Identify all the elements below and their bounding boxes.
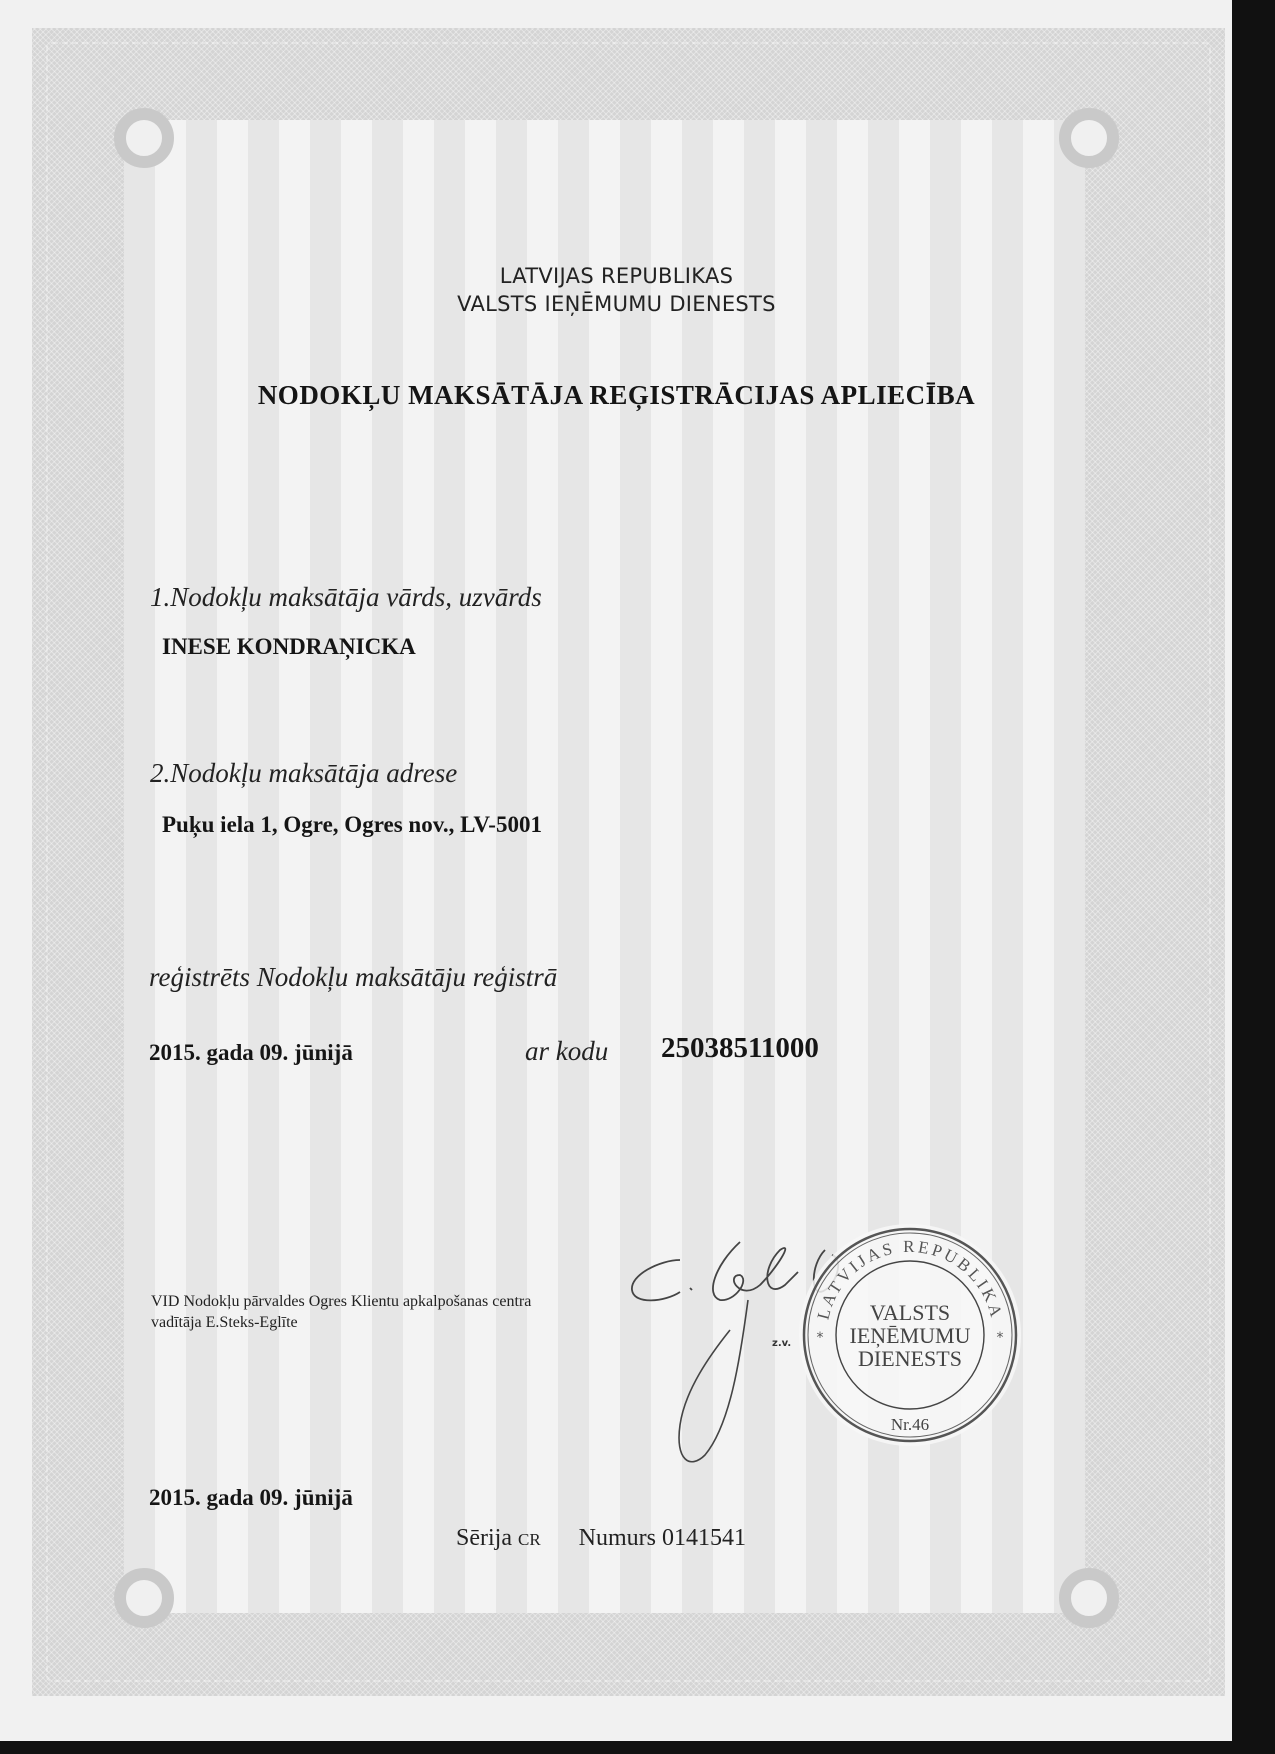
taxpayer-address-value: Puķu iela 1, Ogre, Ogres nov., LV-5001 bbox=[162, 812, 542, 838]
signatory-position: VID Nodokļu pārvaldes Ogres Klientu apka… bbox=[151, 1291, 531, 1312]
stamp-number: Nr.46 bbox=[891, 1415, 929, 1434]
series-value: CR bbox=[518, 1530, 541, 1549]
stamp-star-left: * bbox=[817, 1330, 824, 1346]
registration-statement: reģistrēts Nodokļu maksātāju reģistrā bbox=[149, 962, 557, 993]
code-label: ar kodu bbox=[525, 1036, 608, 1067]
corner-ornament-icon bbox=[114, 108, 174, 168]
official-stamp: LATVIJAS REPUBLIKA VALSTS IEŅĒMUMU DIENE… bbox=[797, 1222, 1023, 1448]
corner-ornament-icon bbox=[1059, 1568, 1119, 1628]
stamp-star-right: * bbox=[997, 1330, 1004, 1346]
taxpayer-address-label: 2.Nodokļu maksātāja adrese bbox=[150, 758, 457, 789]
corner-ornament-icon bbox=[1059, 108, 1119, 168]
taxpayer-name-value: INESE KONDRAŅICKA bbox=[162, 634, 416, 660]
number-label: Numurs bbox=[579, 1525, 656, 1551]
stamp-line-1: VALSTS bbox=[870, 1300, 950, 1325]
issue-date: 2015. gada 09. jūnijā bbox=[149, 1485, 353, 1511]
series-label: Sērija bbox=[456, 1525, 512, 1551]
taxpayer-name-label: 1.Nodokļu maksātāja vārds, uzvārds bbox=[150, 582, 542, 613]
number-value: 0141541 bbox=[662, 1525, 746, 1551]
taxpayer-code: 25038511000 bbox=[661, 1032, 819, 1065]
registration-date: 2015. gada 09. jūnijā bbox=[149, 1040, 353, 1066]
signatory-name: vadītāja E.Steks-Eglīte bbox=[151, 1312, 298, 1333]
stamp-line-3: DIENESTS bbox=[858, 1346, 962, 1371]
series-number-line: Sērija CR Numurs 0141541 bbox=[456, 1525, 746, 1552]
corner-ornament-icon bbox=[114, 1568, 174, 1628]
stamp-line-2: IEŅĒMUMU bbox=[850, 1323, 971, 1348]
certificate-page: LATVIJAS REPUBLIKAS VALSTS IEŅĒMUMU DIEN… bbox=[0, 0, 1233, 1741]
seal-marker: z.v. bbox=[772, 1338, 791, 1349]
issuer-country: LATVIJAS REPUBLIKAS bbox=[0, 264, 1233, 288]
document-title: NODOKĻU MAKSĀTĀJA REĢISTRĀCIJAS APLIECĪB… bbox=[0, 380, 1233, 411]
scanner-background bbox=[1232, 0, 1275, 1754]
scanner-background bbox=[0, 1741, 1275, 1754]
issuer-agency: VALSTS IEŅĒMUMU DIENESTS bbox=[0, 292, 1233, 316]
